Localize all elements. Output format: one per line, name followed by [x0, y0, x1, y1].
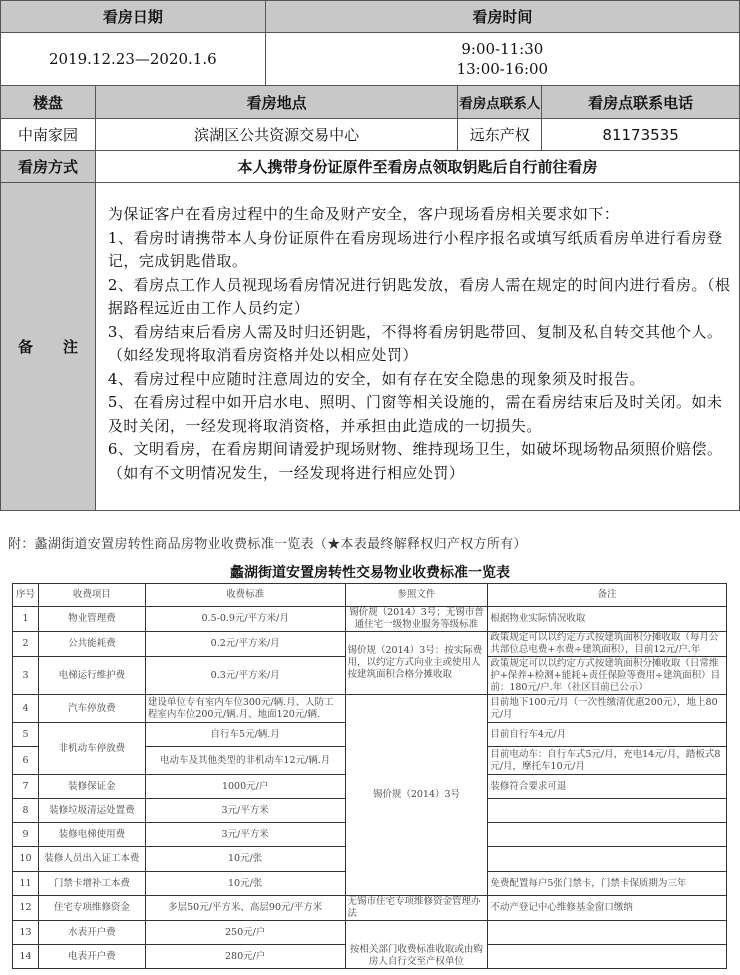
row-no: 14: [13, 945, 39, 969]
row-item: 非机动车停放费: [38, 723, 145, 775]
row-remark: 装修符合要求可退: [488, 775, 727, 799]
row-item: 公共能耗费: [38, 632, 145, 657]
row-standard: 1000元/户: [145, 775, 345, 799]
row-reference: 锡价规（2014）3号；无锡市普通住宅一级物业服务等级标准: [345, 607, 488, 632]
notes-item-1: 1、看房时请携带本人身份证原件在看房现场进行小程序报名或填写纸质看房单进行看房登…: [108, 227, 735, 274]
row-no: 10: [13, 847, 39, 872]
row-reference: 锡价规（2014）3号：按实际费用，以约定方式向业主或使用人按建筑面积合格分摊收…: [345, 632, 488, 695]
row-standard: 0.2元/平方米/月: [145, 632, 345, 657]
location-value: 滨湖区公共资源交易中心: [95, 119, 457, 151]
estate-value: 中南家园: [1, 119, 96, 151]
row-item: 物业管理费: [38, 607, 145, 632]
estate-header: 楼盘: [1, 86, 96, 119]
row-no: 13: [13, 921, 39, 945]
row-standard: 3元/平方米: [145, 823, 345, 847]
table-row: 1 物业管理费 0.5-0.9元/平方米/月 锡价规（2014）3号；无锡市普通…: [13, 607, 727, 632]
row-reference: 无锡市住宅专项维修资金管理办法: [345, 896, 488, 921]
row-item: 装修垃圾清运处置费: [38, 799, 145, 823]
row-no: 5: [13, 723, 39, 747]
row-no: 3: [13, 657, 39, 695]
row-item: 装修人员出入证工本费: [38, 847, 145, 872]
notes-item-6: 6、文明看房，在看房期间请爱护现场财物、维持现场卫生，如破坏现场物品须照价赔偿。…: [108, 438, 735, 485]
row-reference: 锡价规（2014）3号: [345, 695, 488, 896]
viewing-info-table: 看房日期 看房时间 2019.12.23—2020.1.6 9:00-11:30…: [0, 0, 740, 511]
row-item: 装修保证金: [38, 775, 145, 799]
row-item: 汽车停放费: [38, 695, 145, 723]
table-row: 13 水表开户费 250元/户 按相关部门收费标准收取或由购房人自行交至产权单位: [13, 921, 727, 945]
phone-value: 81173535: [542, 119, 740, 151]
fee-table-title: 蠡湖街道安置房转性交易物业收费标准一览表: [0, 562, 740, 582]
row-no: 1: [13, 607, 39, 632]
appendix-caption: 附：蠡湖街道安置房转性商品房物业收费标准一览表（★本表最终解释权归产权方所有）: [8, 533, 527, 552]
row-remark: 政策规定可以以约定方式按建筑面积分摊收取（每月公共部位总电费+水费÷建筑面积），…: [488, 632, 727, 657]
row-remark: [488, 921, 727, 945]
row-standard: 0.3元/平方米/月: [145, 657, 345, 695]
row-standard: 自行车5元/辆.月: [145, 723, 345, 747]
notes-content: 为保证客户在看房过程中的生命及财产安全，客户现场看房相关要求如下： 1、看房时请…: [95, 183, 739, 511]
method-value: 本人携带身份证原件至看房点领取钥匙后自行前往看房: [95, 151, 739, 183]
row-no: 7: [13, 775, 39, 799]
row-item: 水表开户费: [38, 921, 145, 945]
table-row: 12 住宅专项维修资金 多层50元/平方米、高层90元/平方米 无锡市住宅专项维…: [13, 896, 727, 921]
row-item: 电表开户费: [38, 945, 145, 969]
row-standard: 电动车及其他类型的非机动车12元/辆.月: [145, 747, 345, 775]
row-remark: 免费配置每户5张门禁卡，门禁卡保质期为三年: [488, 872, 727, 896]
contact-header: 看房点联系人: [458, 86, 542, 119]
row-standard: 多层50元/平方米、高层90元/平方米: [145, 896, 345, 921]
notes-item-2: 2、看房点工作人员视现场看房情况进行钥匙发放，看房人需在规定的时间内进行看房。（…: [108, 274, 735, 321]
col-header-reference: 参照文件: [345, 584, 488, 607]
contact-value: 远东产权: [458, 119, 542, 151]
time-slot-afternoon: 13:00-16:00: [266, 59, 739, 79]
row-item: 住宅专项维修资金: [38, 896, 145, 921]
row-standard: 建设单位专有室内车位300元/辆.月、人防工程室内车位200元/辆.月、地面12…: [145, 695, 345, 723]
location-header: 看房地点: [95, 86, 457, 119]
method-label: 看房方式: [1, 151, 96, 183]
row-standard: 250元/户: [145, 921, 345, 945]
notes-label: 备 注: [1, 183, 96, 511]
viewing-time-slots: 9:00-11:30 13:00-16:00: [265, 33, 739, 86]
row-standard: 280元/户: [145, 945, 345, 969]
viewing-date-header: 看房日期: [1, 1, 266, 33]
row-remark: 根据物业实际情况收取: [488, 607, 727, 632]
row-reference: 按相关部门收费标准收取或由购房人自行交至产权单位: [345, 921, 488, 969]
col-header-standard: 收费标准: [145, 584, 345, 607]
notes-intro: 为保证客户在看房过程中的生命及财产安全，客户现场看房相关要求如下：: [108, 203, 735, 227]
row-remark: [488, 847, 727, 872]
row-no: 11: [13, 872, 39, 896]
row-remark: 政策规定可以以约定方式按建筑面积分摊收取（日常维护+保养+检测+能耗+责任保险等…: [488, 657, 727, 695]
table-row: 2 公共能耗费 0.2元/平方米/月 锡价规（2014）3号：按实际费用，以约定…: [13, 632, 727, 657]
phone-header: 看房点联系电话: [542, 86, 740, 119]
row-remark: [488, 799, 727, 823]
row-remark: [488, 945, 727, 969]
row-no: 2: [13, 632, 39, 657]
row-standard: 10元/张: [145, 872, 345, 896]
row-remark: 目前地下100元/月（一次性缴清优惠200元），地上80元/月: [488, 695, 727, 723]
row-standard: 10元/张: [145, 847, 345, 872]
notes-item-5: 5、在看房过程中如开启水电、照明、门窗等相关设施的，需在看房结束后及时关闭。如未…: [108, 391, 735, 438]
table-row: 4 汽车停放费 建设单位专有室内车位300元/辆.月、人防工程室内车位200元/…: [13, 695, 727, 723]
row-standard: 0.5-0.9元/平方米/月: [145, 607, 345, 632]
col-header-no: 序号: [13, 584, 39, 607]
fee-table-header: 序号 收费项目 收费标准 参照文件 备注: [13, 584, 727, 607]
row-remark: [488, 823, 727, 847]
notes-item-4: 4、看房过程中应随时注意周边的安全，如有存在安全隐患的现象须及时报告。: [108, 368, 735, 392]
notes-item-3: 3、看房结束后看房人需及时归还钥匙，不得将看房钥匙带回、复制及私自转交其他个人。…: [108, 321, 735, 368]
row-item: 电梯运行维护费: [38, 657, 145, 695]
viewing-time-header: 看房时间: [265, 1, 739, 33]
row-standard: 3元/平方米: [145, 799, 345, 823]
row-remark: 目前电动车：自行车式5元/月，充电14元/月，踏板式8元/月，摩托车10元/月: [488, 747, 727, 775]
fee-standard-table: 序号 收费项目 收费标准 参照文件 备注 1 物业管理费 0.5-0.9元/平方…: [12, 583, 727, 969]
viewing-date-range: 2019.12.23—2020.1.6: [1, 33, 266, 86]
row-item: 门禁卡增补工本费: [38, 872, 145, 896]
row-remark: 目前自行车4元/月: [488, 723, 727, 747]
row-no: 8: [13, 799, 39, 823]
row-no: 12: [13, 896, 39, 921]
time-slot-morning: 9:00-11:30: [266, 39, 739, 59]
col-header-remark: 备注: [488, 584, 727, 607]
row-no: 6: [13, 747, 39, 775]
row-item: 装修电梯使用费: [38, 823, 145, 847]
row-no: 9: [13, 823, 39, 847]
row-remark: 不动产登记中心维修基金窗口缴纳: [488, 896, 727, 921]
row-no: 4: [13, 695, 39, 723]
col-header-item: 收费项目: [38, 584, 145, 607]
